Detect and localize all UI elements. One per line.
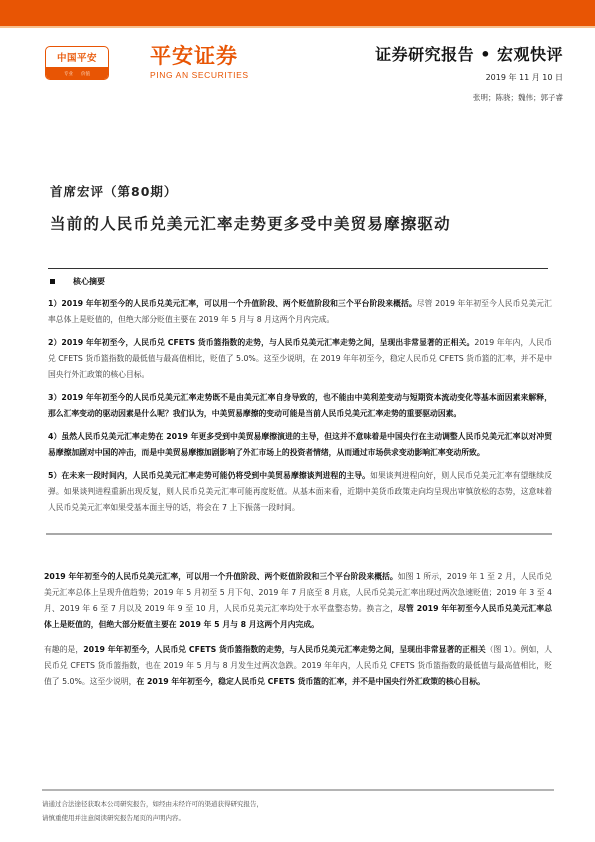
- summary-item-bold: 1）2019 年年初至今的人民币兑美元汇率，可以用一个升值阶段、两个贬值阶段和三…: [48, 299, 417, 308]
- footer-rule: [42, 789, 554, 791]
- body-bold: 2019 年年初至今，人民币兑 CFETS 货币篮指数的走势，与人民币兑美元汇率…: [83, 645, 485, 654]
- summary-heading: 核心摘要: [50, 276, 105, 287]
- summary-item: 1）2019 年年初至今的人民币兑美元汇率，可以用一个升值阶段、两个贬值阶段和三…: [48, 296, 552, 328]
- core-summary: 1）2019 年年初至今的人民币兑美元汇率，可以用一个升值阶段、两个贬值阶段和三…: [48, 296, 552, 523]
- body-paragraph: 2019 年年初至今的人民币兑美元汇率，可以用一个升值阶段、两个贬值阶段和三个平…: [44, 569, 552, 633]
- summary-item: 4）虽然人民币兑美元汇率走势在 2019 年更多受到中美贸易摩擦演进的主导，但这…: [48, 429, 552, 461]
- summary-item-bold: 3）2019 年年初至今的人民币兑美元汇率走势既不是由美元汇率自身导致的，也不能…: [48, 393, 552, 418]
- brand-name-en: PING AN SECURITIES: [150, 70, 249, 80]
- logo-name: 中国平安: [46, 47, 108, 67]
- logo-tagline: 专业 价值: [46, 67, 108, 80]
- body-bold: 在 2019 年年初至今，稳定人民币兑 CFETS 货币篮的汇率，并不是中国央行…: [136, 677, 484, 686]
- footer-line-2: 请慎重使用并注意阅读研究报告尾页的声明内容。: [42, 811, 263, 825]
- summary-item-bold: 2）2019 年年初至今，人民币兑 CFETS 货币篮指数的走势，与人民币兑美元…: [48, 338, 474, 347]
- summary-item: 5）在未来一段时间内，人民币兑美元汇率走势可能仍将受到中美贸易摩擦谈判进程的主导…: [48, 468, 552, 516]
- body-paragraph: 有趣的是，2019 年年初至今，人民币兑 CFETS 货币篮指数的走势，与人民币…: [44, 642, 552, 690]
- series-title: 首席宏评（第80期）: [50, 182, 177, 200]
- report-date: 2019 年 11 月 10 日: [486, 72, 563, 83]
- ping-an-securities-brand: 平安证券 PING AN SECURITIES: [150, 44, 249, 80]
- summary-bottom-rule: [46, 533, 552, 535]
- summary-item-bold: 5）在未来一段时间内，人民币兑美元汇率走势可能仍将受到中美贸易摩擦谈判进程的主导…: [48, 471, 370, 480]
- summary-item-bold: 4）虽然人民币兑美元汇率走势在 2019 年更多受到中美贸易摩擦演进的主导，但这…: [48, 432, 552, 457]
- summary-item: 3）2019 年年初至今的人民币兑美元汇率走势既不是由美元汇率自身导致的，也不能…: [48, 390, 552, 422]
- ping-an-group-logo: 中国平安 专业 价值: [45, 46, 109, 80]
- footer-line-1: 请通过合法途径获取本公司研究报告，如经由未经许可的渠道获得研究报告，: [42, 797, 263, 811]
- brand-name-cn: 平安证券: [150, 44, 249, 68]
- body-plain: 有趣的是，: [44, 645, 83, 654]
- summary-item: 2）2019 年年初至今，人民币兑 CFETS 货币篮指数的走势，与人民币兑美元…: [48, 335, 552, 383]
- page-title: 当前的人民币兑美元汇率走势更多受中美贸易摩擦驱动: [50, 212, 451, 234]
- report-type: 证券研究报告 • 宏观快评: [375, 42, 563, 65]
- top-brand-band: [0, 0, 595, 28]
- logo-tagline-left: 专业: [64, 71, 73, 77]
- logo-tagline-right: 价值: [81, 71, 90, 77]
- report-authors: 张明；陈骁；魏伟；郭子睿: [473, 92, 563, 103]
- footer-disclaimer: 请通过合法途径获取本公司研究报告，如经由未经许可的渠道获得研究报告， 请慎重使用…: [42, 797, 263, 825]
- summary-heading-text: 核心摘要: [73, 276, 105, 287]
- body-text: 2019 年年初至今的人民币兑美元汇率，可以用一个升值阶段、两个贬值阶段和三个平…: [44, 569, 552, 699]
- summary-top-rule: [48, 268, 548, 269]
- body-bold: 2019 年年初至今的人民币兑美元汇率，可以用一个升值阶段、两个贬值阶段和三个平…: [44, 572, 398, 581]
- square-bullet-icon: [50, 279, 55, 284]
